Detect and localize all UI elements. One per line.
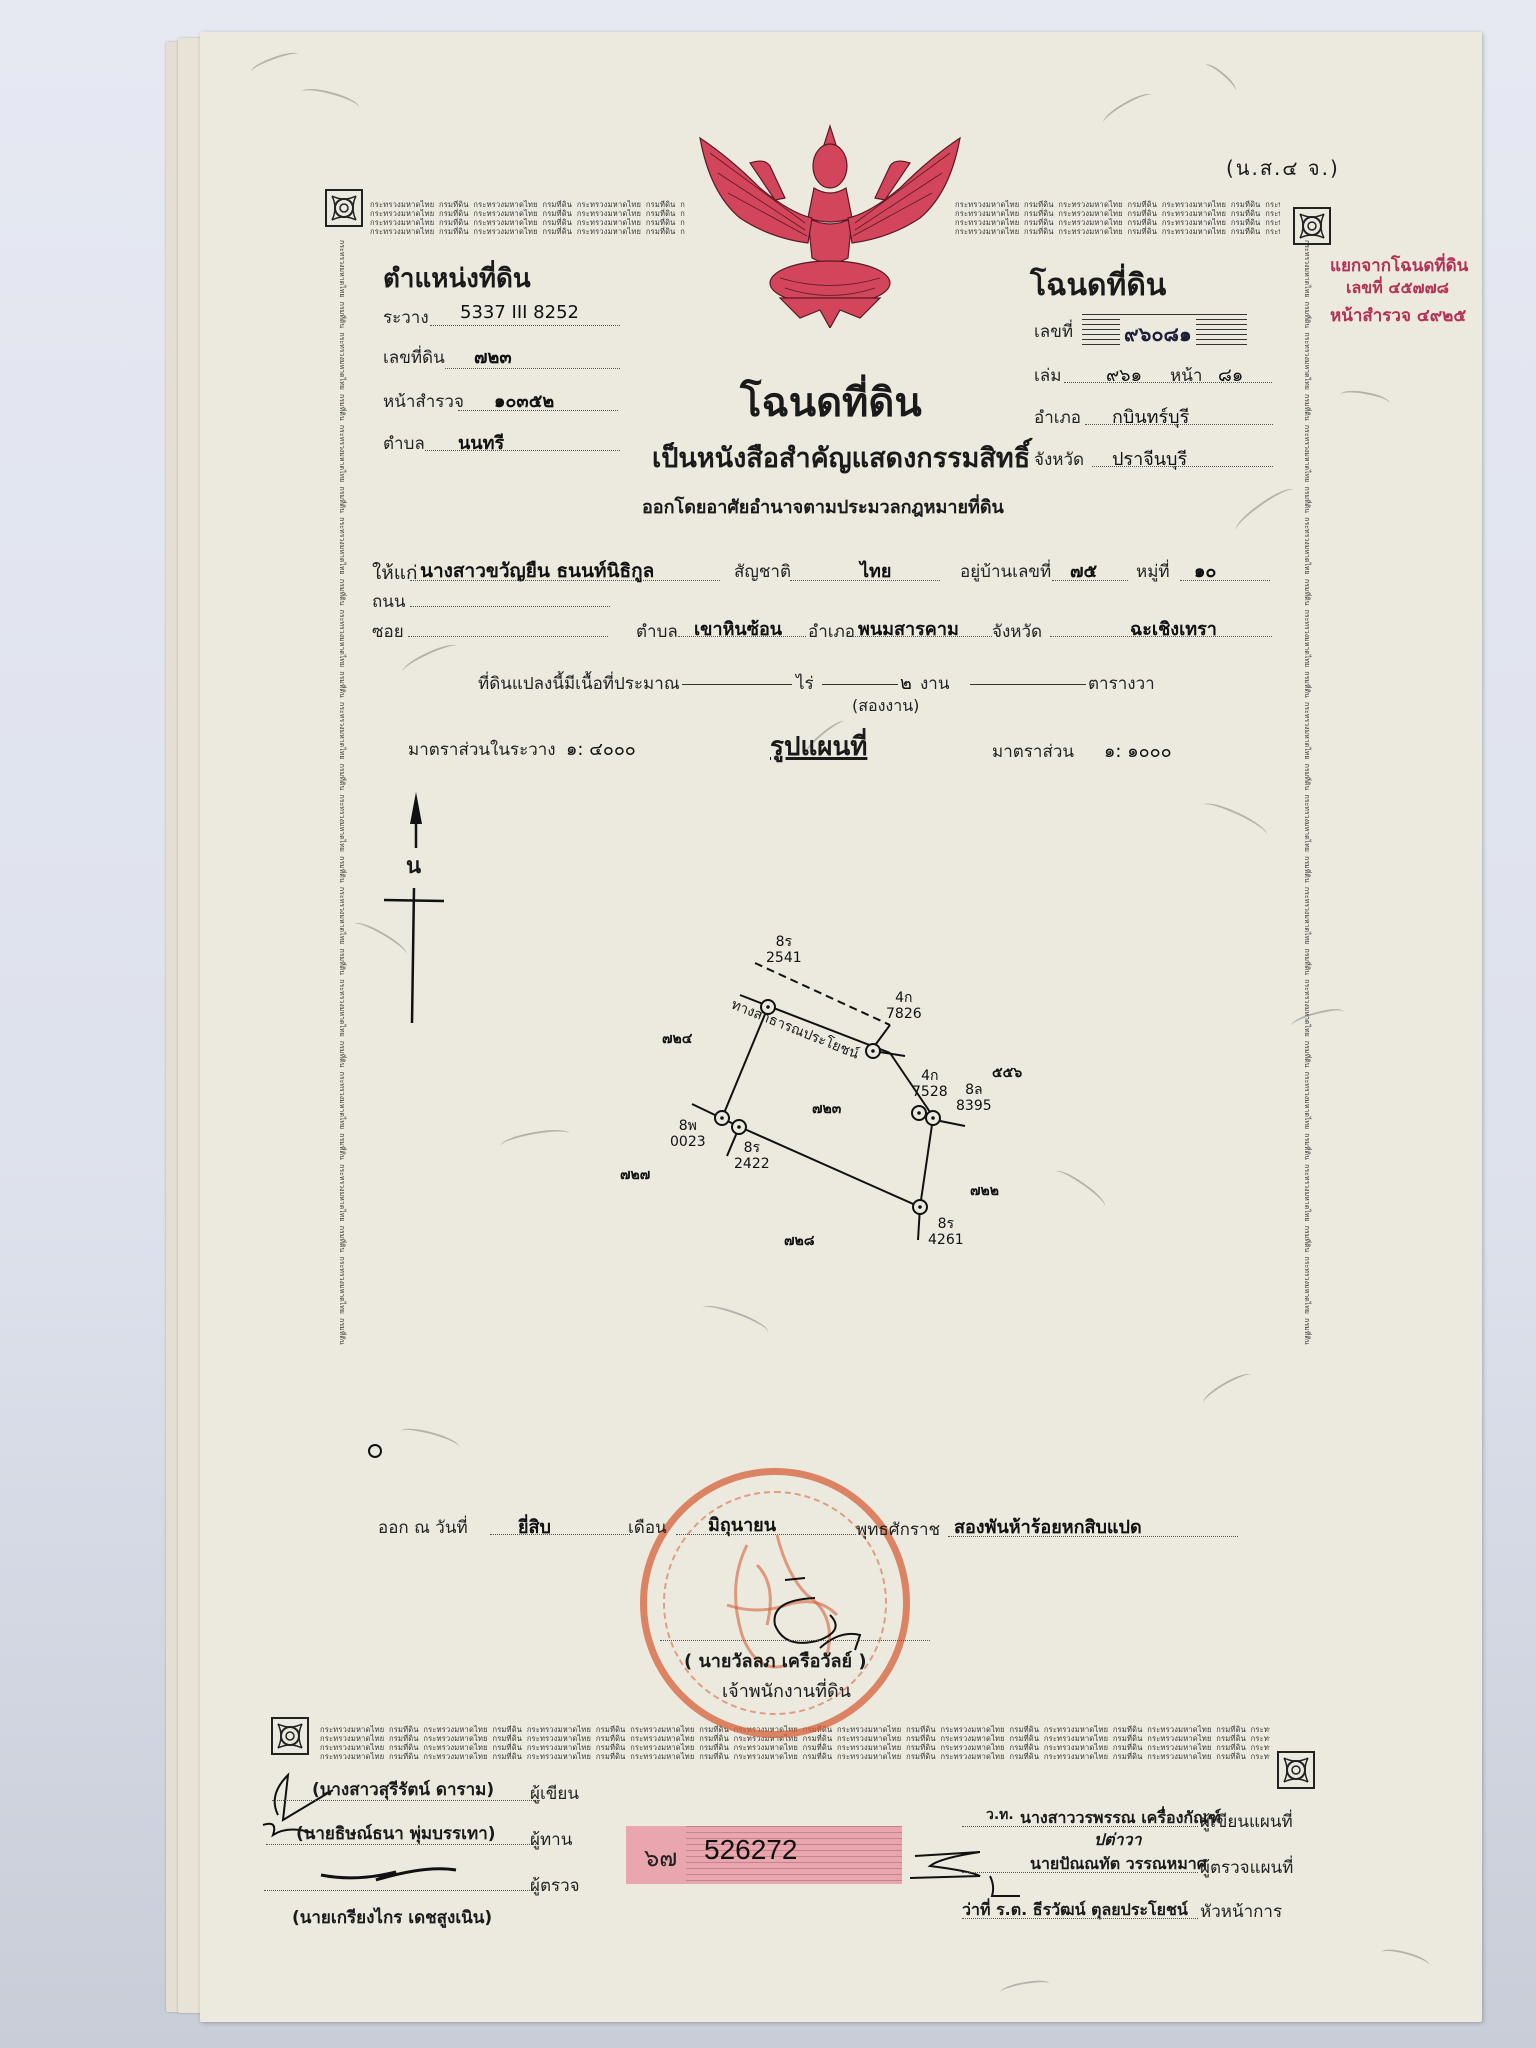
writer-role: ผู้เขียน bbox=[530, 1780, 579, 1807]
ngan-label: งาน bbox=[920, 670, 949, 697]
issue-year-line bbox=[948, 1536, 1238, 1537]
map-checker-line bbox=[962, 1872, 1198, 1873]
book-label: เล่ม bbox=[1034, 362, 1061, 389]
issue-month-label: เดือน bbox=[628, 1514, 667, 1541]
owner-name: นางสาวขวัญยืน ธนนท์นิธิกูล bbox=[420, 556, 654, 586]
map-writer-role: ผู้เขียนแผนที่ bbox=[1200, 1808, 1293, 1835]
checker-name: (นายเกรียงไกร เดชสูงเนิน) bbox=[292, 1904, 492, 1931]
paper-fiber bbox=[999, 1978, 1050, 1999]
scale-label: มาตราส่วน bbox=[992, 738, 1074, 765]
issue-year-label: พุทธศักราช bbox=[856, 1516, 940, 1543]
writer-name: (นางสาวสุรีรัตน์ ดาราม) bbox=[312, 1776, 494, 1803]
house-no-label: อยู่บ้านเลขที่ bbox=[960, 558, 1051, 585]
parcel-number: ๗๒๓ bbox=[812, 1098, 841, 1120]
split-note-line2: เลขที่ ๔๕๗๗๘ bbox=[1346, 276, 1449, 301]
serial-number: 526272 bbox=[704, 1834, 797, 1866]
map-writer-initials: ว.ท. bbox=[986, 1804, 1014, 1826]
corner-ornament-icon bbox=[270, 1716, 310, 1756]
tambon-label: ตำบล bbox=[383, 430, 425, 457]
parcel-map bbox=[580, 920, 1080, 1260]
north-label: น bbox=[406, 848, 421, 883]
area-intro: ที่ดินแปลงนี้มีเนื้อที่ประมาณ bbox=[478, 670, 680, 697]
deed-number-label: เลขที่ bbox=[1034, 318, 1073, 345]
scale-rawang-value: ๑: ๔๐๐๐ bbox=[566, 734, 636, 763]
paper-fiber bbox=[399, 1424, 461, 1453]
checker-line bbox=[264, 1890, 538, 1891]
form-code: (น.ส.๔ จ.) bbox=[1226, 152, 1340, 184]
neighbor-parcel: ๗๒๗ bbox=[620, 1164, 650, 1186]
paper-fiber bbox=[1100, 89, 1155, 129]
given-to-label: ให้แก่ bbox=[372, 558, 418, 588]
survey-page-line bbox=[458, 410, 618, 411]
map-checker-signature: ปต่าวา bbox=[1094, 1828, 1142, 1853]
watermark-band-right: กระทรวงมหาดไทย กรมที่ดิน กระทรวงมหาดไทย … bbox=[1275, 240, 1313, 1720]
issue-day: ยี่สิบ bbox=[518, 1512, 551, 1541]
document-title: โฉนดที่ดิน bbox=[740, 370, 922, 434]
boundary-marker-label: 4ก7826 bbox=[886, 990, 922, 1022]
writer-line bbox=[272, 1800, 540, 1801]
paper-fiber bbox=[699, 1301, 770, 1340]
officer-name: ( นายวัลลภ เครือวัลย์ ) bbox=[684, 1646, 867, 1675]
rawang-value: 5337 III 8252 bbox=[460, 302, 579, 323]
owner-tambon-line bbox=[678, 636, 806, 637]
deed-heading: โฉนดที่ดิน bbox=[1030, 262, 1166, 309]
paper-fiber bbox=[249, 49, 300, 77]
head-role: หัวหน้าการ bbox=[1200, 1898, 1282, 1925]
corner-ornament-icon bbox=[1292, 206, 1332, 246]
tambon-value: นนทรี bbox=[458, 428, 504, 457]
survey-page-label: หน้าสำรวจ bbox=[383, 388, 464, 415]
paper-fiber bbox=[400, 640, 460, 678]
rawang-line bbox=[430, 325, 620, 326]
garuda-emblem-icon bbox=[690, 118, 970, 328]
owner-tambon-value: เขาหินซ้อน bbox=[694, 614, 782, 643]
province-label: จังหวัด bbox=[1034, 446, 1084, 473]
land-no-label: เลขที่ดิน bbox=[383, 344, 445, 371]
owner-tambon-label: ตำบล bbox=[636, 618, 678, 645]
boundary-marker-label: 4ก7528 bbox=[912, 1068, 948, 1100]
scale-value: ๑: ๑๐๐๐ bbox=[1104, 736, 1172, 765]
map-heading: รูปแผนที่ bbox=[770, 726, 867, 767]
reviewer-name: (นายธิษณ์ธนา พุ่มบรรเทา) bbox=[296, 1820, 496, 1847]
page-value: ๘๑ bbox=[1218, 360, 1243, 389]
officer-position: เจ้าพนักงานที่ดิน bbox=[722, 1676, 851, 1705]
page-label: หน้า bbox=[1170, 362, 1202, 389]
officer-signature-line bbox=[660, 1640, 930, 1641]
rai-line bbox=[682, 684, 792, 685]
map-writer-line bbox=[962, 1826, 1198, 1827]
corner-ornament-icon bbox=[1276, 1750, 1316, 1790]
signature-scribble bbox=[316, 1860, 466, 1890]
paper-fiber bbox=[1339, 388, 1391, 410]
wa-label: ตารางวา bbox=[1088, 670, 1155, 697]
split-note-line3: หน้าสำรวจ ๔๙๒๕ bbox=[1330, 302, 1466, 329]
owner-name-line bbox=[410, 580, 720, 581]
rawang-label: ระวาง bbox=[383, 304, 429, 331]
book-value: ๙๖๑ bbox=[1106, 360, 1142, 389]
head-name: ว่าที่ ร.ต. ธีรวัฒน์ ตุลยประโยชน์ bbox=[962, 1898, 1188, 1923]
amphoe-value: กบินทร์บุรี bbox=[1112, 402, 1189, 431]
checker-role: ผู้ตรวจ bbox=[530, 1872, 580, 1899]
north-arrow-icon bbox=[374, 788, 444, 1028]
nationality-line bbox=[790, 580, 940, 581]
issue-day-line bbox=[490, 1534, 630, 1535]
paper-fiber bbox=[299, 85, 361, 116]
head-line bbox=[962, 1918, 1198, 1919]
map-checker-name: นายปัณณทัต วรรณหมาศ bbox=[1030, 1852, 1207, 1877]
serial-prefix: ๖๗ bbox=[644, 1838, 677, 1877]
watermark-band-top-right: กระทรวงมหาดไทย กรมที่ดิน กระทรวงมหาดไทย … bbox=[955, 200, 1280, 238]
reviewer-line bbox=[266, 1844, 538, 1845]
owner-province-value: ฉะเชิงเทรา bbox=[1130, 614, 1217, 643]
moo-label: หมู่ที่ bbox=[1136, 558, 1170, 585]
split-note-line1: แยกจากโฉนดที่ดิน bbox=[1330, 252, 1468, 279]
owner-amphoe-label: อำเภอ bbox=[808, 618, 855, 645]
boundary-marker-label: 8ร2422 bbox=[734, 1140, 770, 1172]
paper-fiber bbox=[1379, 1946, 1431, 1972]
owner-amphoe-value: พนมสารคาม bbox=[858, 614, 959, 643]
moo-line bbox=[1180, 580, 1270, 581]
land-no-line bbox=[445, 368, 620, 369]
ngan-line bbox=[822, 684, 898, 685]
soi-line bbox=[408, 636, 608, 637]
paper-fiber bbox=[499, 1126, 571, 1154]
amphoe-line bbox=[1085, 424, 1273, 425]
watermark-band-left: กระทรวงมหาดไทย กรมที่ดิน กระทรวงมหาดไทย … bbox=[310, 240, 348, 1720]
corner-ornament-icon bbox=[324, 188, 364, 228]
tambon-line bbox=[425, 450, 620, 451]
neighbor-parcel: ๗๒๒ bbox=[970, 1180, 999, 1202]
registration-mark-icon bbox=[368, 1444, 382, 1458]
province-line bbox=[1092, 466, 1273, 467]
watermark-band-top-left: กระทรวงมหาดไทย กรมที่ดิน กระทรวงมหาดไทย … bbox=[370, 200, 685, 238]
paper-fiber bbox=[1200, 1369, 1255, 1409]
issuing-authority: ออกโดยอาศัยอำนาจตามประมวลกฎหมายที่ดิน bbox=[642, 492, 1004, 521]
wa-line bbox=[970, 684, 1086, 685]
owner-amphoe-line bbox=[852, 636, 992, 637]
ngan-value: ๒ bbox=[900, 668, 912, 697]
scale-rawang-label: มาตราส่วนในระวาง bbox=[408, 736, 556, 763]
road-label: ถนน bbox=[372, 588, 406, 615]
rai-label: ไร่ bbox=[796, 670, 814, 697]
owner-province-label: จังหวัด bbox=[992, 618, 1042, 645]
reviewer-role: ผู้ทาน bbox=[530, 1826, 572, 1853]
boundary-marker-label: 8พ0023 bbox=[670, 1118, 706, 1150]
boundary-marker-label: 8ร2541 bbox=[766, 934, 802, 966]
issue-date-label: ออก ณ วันที่ bbox=[378, 1514, 468, 1541]
boundary-marker-label: 8ร4261 bbox=[928, 1216, 964, 1248]
amphoe-label: อำเภอ bbox=[1034, 404, 1081, 431]
nationality-label: สัญชาติ bbox=[734, 558, 791, 585]
paper-fiber bbox=[1201, 61, 1239, 96]
owner-province-line bbox=[1050, 636, 1272, 637]
book-page-line bbox=[1064, 382, 1272, 383]
paper-fiber bbox=[1200, 798, 1270, 842]
neighbor-parcel: ๗๒๔ bbox=[662, 1028, 692, 1050]
map-checker-role: ผู้ตรวจแผนที่ bbox=[1200, 1854, 1293, 1881]
province-value: ปราจีนบุรี bbox=[1112, 444, 1187, 473]
neighbor-parcel: ๕๕๖ bbox=[992, 1062, 1022, 1084]
neighbor-parcel: ๗๒๘ bbox=[784, 1230, 815, 1252]
deed-number-value: ๙๖๐๘๑ bbox=[1120, 318, 1196, 350]
land-no-value: ๗๒๓ bbox=[474, 342, 512, 371]
land-location-heading: ตำแหน่งที่ดิน bbox=[383, 258, 531, 299]
document-subtitle: เป็นหนังสือสำคัญแสดงกรรมสิทธิ์ bbox=[652, 436, 1030, 479]
house-no-line bbox=[1052, 580, 1128, 581]
road-line bbox=[410, 606, 610, 607]
boundary-marker-label: 8ล8395 bbox=[956, 1082, 992, 1114]
area-in-words: (สองงาน) bbox=[852, 694, 919, 719]
issue-month-line bbox=[676, 1534, 856, 1535]
soi-label: ซอย bbox=[372, 618, 404, 645]
